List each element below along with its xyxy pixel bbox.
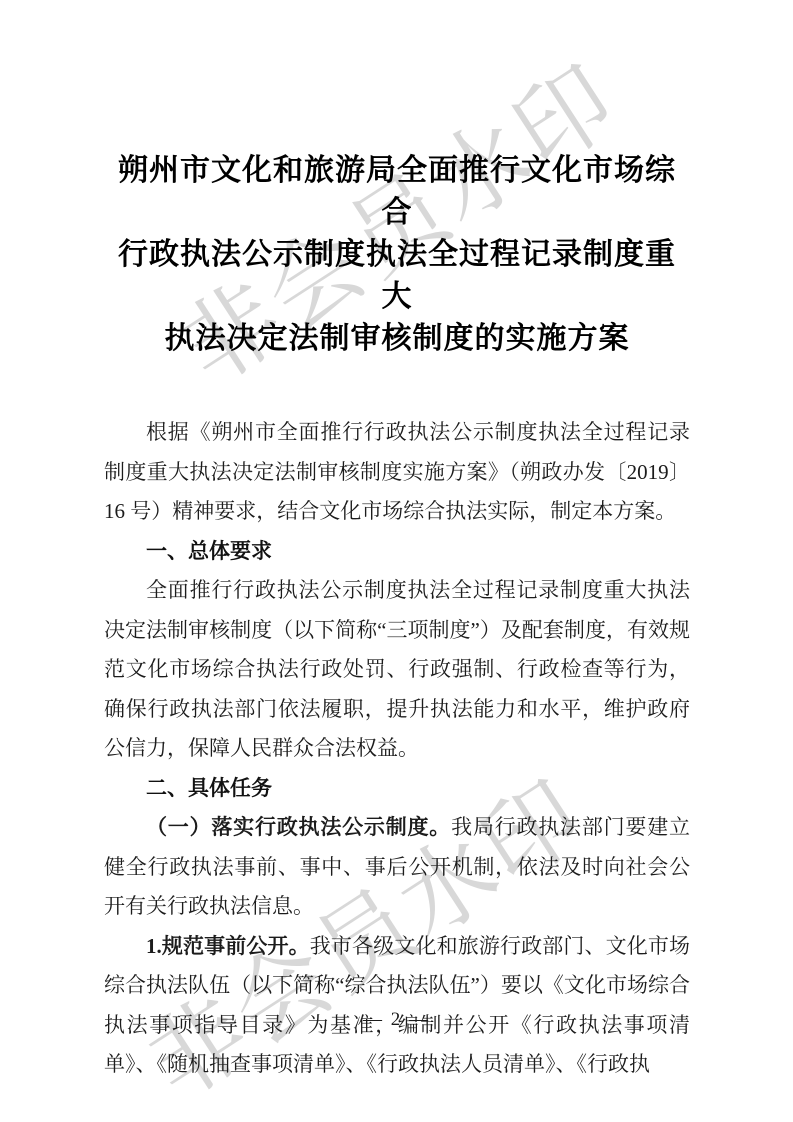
heading-section-2: 二、具体任务 [104, 769, 690, 809]
paragraph-intro: 根据《朔州市全面推行行政执法公示制度执法全过程记录制度重大执法决定法制审核制度实… [104, 413, 690, 532]
page-number: — 2 — [0, 1008, 793, 1032]
document-title-line-3: 执法决定法制审核制度的实施方案 [104, 318, 690, 360]
document-content: 朔州市文化和旅游局全面推行文化市场综合 行政执法公示制度执法全过程记录制度重大 … [104, 0, 690, 1085]
document-page: 非会员水印 非会员水印 朔州市文化和旅游局全面推行文化市场综合 行政执法公示制度… [0, 0, 793, 1122]
paragraph-overall-requirements: 全面推行行政执法公示制度执法全过程记录制度重大执法决定法制审核制度（以下简称“三… [104, 571, 690, 769]
document-title-line-2: 行政执法公示制度执法全过程记录制度重大 [104, 234, 690, 318]
paragraph-point-1: 1.规范事前公开。我市各级文化和旅游行政部门、文化市场综合执法队伍（以下简称“综… [104, 927, 690, 1085]
paragraph-point-1-lead: 1.规范事前公开。 [146, 934, 310, 958]
paragraph-task-1-lead: （一）落实行政执法公示制度。 [146, 815, 451, 839]
heading-section-1: 一、总体要求 [104, 532, 690, 572]
document-title-line-1: 朔州市文化和旅游局全面推行文化市场综合 [104, 150, 690, 234]
paragraph-task-1: （一）落实行政执法公示制度。我局行政执法部门要建立健全行政执法事前、事中、事后公… [104, 808, 690, 927]
document-title: 朔州市文化和旅游局全面推行文化市场综合 行政执法公示制度执法全过程记录制度重大 … [104, 0, 690, 360]
